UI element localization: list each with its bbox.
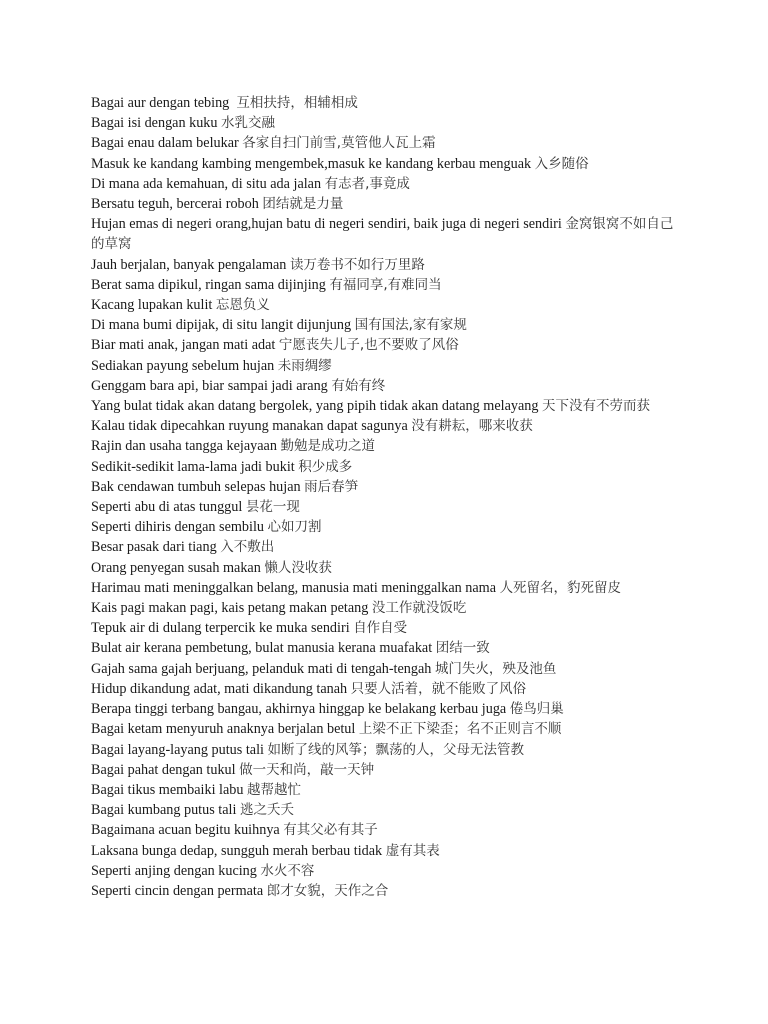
- chinese-text: 宁愿丧失儿子,也不要败了风俗: [279, 337, 459, 353]
- chinese-text: 逃之夭夭: [240, 802, 294, 818]
- proverb-line: Seperti dihiris dengan sembilu 心如刀割: [91, 517, 681, 537]
- malay-text: Di mana ada kemahuan, di situ ada jalan: [91, 176, 321, 192]
- chinese-text: 自作自受: [353, 620, 407, 636]
- proverb-line: Tepuk air di dulang terpercik ke muka se…: [91, 618, 681, 638]
- malay-text: Hidup dikandung adat, mati dikandung tan…: [91, 681, 347, 697]
- chinese-text: 互相扶持，相辅相成: [236, 95, 358, 111]
- malay-text: Sediakan payung sebelum hujan: [91, 358, 274, 374]
- proverb-line: Bersatu teguh, bercerai roboh 团结就是力量: [91, 194, 681, 214]
- malay-text: Gajah sama gajah berjuang, pelanduk mati…: [91, 661, 431, 677]
- proverb-line: Sedikit-sedikit lama-lama jadi bukit 积少成…: [91, 457, 681, 477]
- chinese-text: 倦鸟归巢: [510, 701, 564, 717]
- malay-text: Di mana bumi dipijak, di situ langit dij…: [91, 317, 351, 333]
- proverb-list: Bagai aur dengan tebing 互相扶持，相辅相成 Bagai …: [91, 93, 681, 901]
- chinese-text: 入乡随俗: [535, 156, 589, 172]
- malay-text: Bagai isi dengan kuku: [91, 115, 217, 131]
- proverb-line: Seperti cincin dengan permata 郎才女貌，天作之合: [91, 881, 681, 901]
- malay-text: Genggam bara api, biar sampai jadi arang: [91, 378, 328, 394]
- proverb-line: Hujan emas di negeri orang,hujan batu di…: [91, 214, 681, 254]
- proverb-line: Laksana bunga dedap, sungguh merah berba…: [91, 841, 681, 861]
- malay-text: Kalau tidak dipecahkan ruyung manakan da…: [91, 418, 408, 434]
- chinese-text: 城门失火，殃及池鱼: [435, 661, 557, 677]
- chinese-text: 雨后春笋: [304, 479, 358, 495]
- malay-text: Bulat air kerana pembetung, bulat manusi…: [91, 640, 432, 656]
- proverb-line: Bagai pahat dengan tukul 做一天和尚，敲一天钟: [91, 760, 681, 780]
- chinese-text: 人死留名，豹死留皮: [500, 580, 622, 596]
- malay-text: Masuk ke kandang kambing mengembek,masuk…: [91, 156, 531, 172]
- chinese-text: 有福同享,有难同当: [329, 277, 441, 293]
- proverb-line: Bagai kumbang putus tali 逃之夭夭: [91, 800, 681, 820]
- malay-text: Jauh berjalan, banyak pengalaman: [91, 257, 286, 273]
- proverb-line: Besar pasak dari tiang 入不敷出: [91, 537, 681, 557]
- malay-text: Berapa tinggi terbang bangau, akhirnya h…: [91, 701, 506, 717]
- proverb-line: Di mana ada kemahuan, di situ ada jalan …: [91, 174, 681, 194]
- proverb-line: Berat sama dipikul, ringan sama dijinjin…: [91, 275, 681, 295]
- proverb-line: Genggam bara api, biar sampai jadi arang…: [91, 376, 681, 396]
- malay-text: Bagai layang-layang putus tali: [91, 742, 264, 758]
- proverb-line: Seperti anjing dengan kucing 水火不容: [91, 861, 681, 881]
- chinese-text: 各家自扫门前雪,莫管他人瓦上霜: [242, 135, 435, 151]
- chinese-text: 读万卷书不如行万里路: [290, 257, 425, 273]
- proverb-line: Bagai ketam menyuruh anaknya berjalan be…: [91, 719, 681, 739]
- chinese-text: 如断了线的风筝；飘荡的人，父母无法管教: [268, 742, 525, 758]
- proverb-line: Masuk ke kandang kambing mengembek,masuk…: [91, 154, 681, 174]
- malay-text: Bersatu teguh, bercerai roboh: [91, 196, 259, 212]
- malay-text: Rajin dan usaha tangga kejayaan: [91, 438, 277, 454]
- proverb-line: Kais pagi makan pagi, kais petang makan …: [91, 598, 681, 618]
- proverb-line: Bagai isi dengan kuku 水乳交融: [91, 113, 681, 133]
- proverb-line: Yang bulat tidak akan datang bergolek, y…: [91, 396, 681, 416]
- proverb-line: Hidup dikandung adat, mati dikandung tan…: [91, 679, 681, 699]
- proverb-line: Di mana bumi dipijak, di situ langit dij…: [91, 315, 681, 335]
- chinese-text: 懒人没收获: [264, 560, 332, 576]
- chinese-text: 有志者,事竟成: [325, 176, 410, 192]
- malay-text: Seperti dihiris dengan sembilu: [91, 519, 264, 535]
- chinese-text: 国有国法,家有家规: [355, 317, 467, 333]
- chinese-text: 水乳交融: [221, 115, 275, 131]
- proverb-line: Gajah sama gajah berjuang, pelanduk mati…: [91, 659, 681, 679]
- malay-text: Seperti anjing dengan kucing: [91, 863, 257, 879]
- malay-text: Bagai pahat dengan tukul: [91, 762, 236, 778]
- chinese-text: 积少成多: [298, 459, 352, 475]
- chinese-text: 昙花一现: [246, 499, 300, 515]
- proverb-line: Bagai layang-layang putus tali 如断了线的风筝；飘…: [91, 740, 681, 760]
- malay-text: Hujan emas di negeri orang,hujan batu di…: [91, 216, 562, 232]
- malay-text: Seperti abu di atas tunggul: [91, 499, 242, 515]
- malay-text: Bagai enau dalam belukar: [91, 135, 239, 151]
- malay-text: Bagai ketam menyuruh anaknya berjalan be…: [91, 721, 355, 737]
- proverb-line: Orang penyegan susah makan 懒人没收获: [91, 558, 681, 578]
- chinese-text: 虚有其表: [386, 843, 440, 859]
- proverb-line: Bagai tikus membaiki labu 越帮越忙: [91, 780, 681, 800]
- chinese-text: 天下没有不劳而获: [542, 398, 650, 414]
- proverb-line: Bak cendawan tumbuh selepas hujan 雨后春笋: [91, 477, 681, 497]
- chinese-text: 勤勉是成功之道: [281, 438, 376, 454]
- chinese-text: 水火不容: [260, 863, 314, 879]
- chinese-text: 有始有终: [331, 378, 385, 394]
- malay-text: Sedikit-sedikit lama-lama jadi bukit: [91, 459, 295, 475]
- malay-text: Laksana bunga dedap, sungguh merah berba…: [91, 843, 382, 859]
- proverb-line: Kalau tidak dipecahkan ruyung manakan da…: [91, 416, 681, 436]
- malay-text: Besar pasak dari tiang: [91, 539, 217, 555]
- chinese-text: 忘恩负义: [216, 297, 270, 313]
- proverb-line: Bulat air kerana pembetung, bulat manusi…: [91, 638, 681, 658]
- malay-text: Berat sama dipikul, ringan sama dijinjin…: [91, 277, 326, 293]
- proverb-line: Rajin dan usaha tangga kejayaan 勤勉是成功之道: [91, 436, 681, 456]
- malay-text: Tepuk air di dulang terpercik ke muka se…: [91, 620, 350, 636]
- chinese-text: 郎才女貌，天作之合: [267, 883, 389, 899]
- chinese-text: 未雨绸缪: [278, 358, 332, 374]
- chinese-text: 上梁不正下梁歪；名不正则言不顺: [359, 721, 562, 737]
- proverb-line: Jauh berjalan, banyak pengalaman 读万卷书不如行…: [91, 255, 681, 275]
- malay-text: Seperti cincin dengan permata: [91, 883, 263, 899]
- proverb-line: Bagai aur dengan tebing 互相扶持，相辅相成: [91, 93, 681, 113]
- proverb-line: Berapa tinggi terbang bangau, akhirnya h…: [91, 699, 681, 719]
- chinese-text: 做一天和尚，敲一天钟: [239, 762, 374, 778]
- chinese-text: 团结一致: [436, 640, 490, 656]
- malay-text: Harimau mati meninggalkan belang, manusi…: [91, 580, 496, 596]
- proverb-line: Seperti abu di atas tunggul 昙花一现: [91, 497, 681, 517]
- malay-text: Yang bulat tidak akan datang bergolek, y…: [91, 398, 538, 414]
- chinese-text: 没有耕耘，哪来收获: [411, 418, 533, 434]
- malay-text: Bagai aur dengan tebing: [91, 95, 229, 111]
- chinese-text: 有其父必有其子: [283, 822, 378, 838]
- proverb-line: Sediakan payung sebelum hujan 未雨绸缪: [91, 356, 681, 376]
- proverb-line: Biar mati anak, jangan mati adat 宁愿丧失儿子,…: [91, 335, 681, 355]
- malay-text: Biar mati anak, jangan mati adat: [91, 337, 275, 353]
- malay-text: Bagai tikus membaiki labu: [91, 782, 244, 798]
- chinese-text: 团结就是力量: [262, 196, 343, 212]
- malay-text: Bagaimana acuan begitu kuihnya: [91, 822, 280, 838]
- malay-text: Kacang lupakan kulit: [91, 297, 212, 313]
- chinese-text: 没工作就没饭吃: [372, 600, 467, 616]
- chinese-text: 越帮越忙: [247, 782, 301, 798]
- chinese-text: 心如刀割: [268, 519, 322, 535]
- chinese-text: 只要人活着，就不能败了风俗: [351, 681, 527, 697]
- proverb-line: Bagaimana acuan begitu kuihnya 有其父必有其子: [91, 820, 681, 840]
- proverb-line: Bagai enau dalam belukar 各家自扫门前雪,莫管他人瓦上霜: [91, 133, 681, 153]
- proverb-line: Kacang lupakan kulit 忘恩负义: [91, 295, 681, 315]
- malay-text: Orang penyegan susah makan: [91, 560, 261, 576]
- malay-text: Bagai kumbang putus tali: [91, 802, 236, 818]
- malay-text: Bak cendawan tumbuh selepas hujan: [91, 479, 301, 495]
- malay-text: Kais pagi makan pagi, kais petang makan …: [91, 600, 368, 616]
- proverb-line: Harimau mati meninggalkan belang, manusi…: [91, 578, 681, 598]
- chinese-text: 入不敷出: [220, 539, 274, 555]
